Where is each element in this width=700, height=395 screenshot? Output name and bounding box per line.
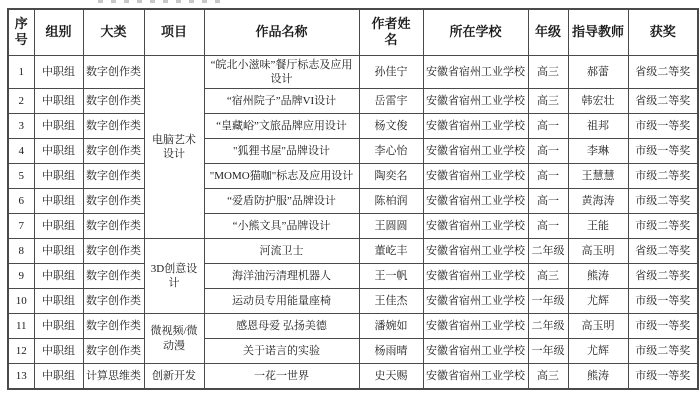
table-row: 3 中职组 数字创作类 “皇藏峪”文旅品牌应用设计 杨文俊 安徽省宿州工业学校 … — [8, 114, 698, 139]
awards-table: 序号 组别 大类 项目 作品名称 作者姓名 所在学校 年级 指导教师 获奖 1 … — [7, 8, 699, 390]
cell-award: 市级一等奖 — [628, 364, 698, 389]
cell-author: 孙佳宁 — [359, 55, 423, 89]
cell-work-title: 感恩母爱 弘扬美德 — [204, 314, 359, 339]
cell-work-title: 一花一世界 — [204, 364, 359, 389]
header-row: 序号 组别 大类 项目 作品名称 作者姓名 所在学校 年级 指导教师 获奖 — [8, 9, 698, 55]
cell-group: 中职组 — [34, 139, 83, 164]
cell-author: 王佳杰 — [359, 289, 423, 314]
cell-work-title: “小熊文具”品牌设计 — [204, 214, 359, 239]
cell-category: 数字创作类 — [83, 239, 144, 264]
cell-teacher: 祖邦 — [568, 114, 628, 139]
cell-award: 市级一等奖 — [628, 289, 698, 314]
cell-grade: 高一 — [528, 214, 568, 239]
cell-school: 安徽省宿州工业学校 — [423, 55, 528, 89]
cell-work-title: 关于诺言的实验 — [204, 339, 359, 364]
table-row: 13 中职组 计算思维类 创新开发 一花一世界 史天赐 安徽省宿州工业学校 高三… — [8, 364, 698, 389]
table-row: 11 中职组 数字创作类 微视频/微动漫 感恩母爱 弘扬美德 潘婉如 安徽省宿州… — [8, 314, 698, 339]
cell-category: 数字创作类 — [83, 264, 144, 289]
cell-serial: 1 — [8, 55, 34, 89]
cell-teacher: 韩宏壮 — [568, 89, 628, 114]
cell-school: 安徽省宿州工业学校 — [423, 189, 528, 214]
header-serial: 序号 — [8, 9, 34, 55]
header-group: 组别 — [34, 9, 83, 55]
cell-serial: 11 — [8, 314, 34, 339]
table-row: 4 中职组 数字创作类 "狐狸书屋"品牌设计 李心怡 安徽省宿州工业学校 高一 … — [8, 139, 698, 164]
cell-teacher: 尤辉 — [568, 289, 628, 314]
cell-author: 潘婉如 — [359, 314, 423, 339]
cell-group: 中职组 — [34, 189, 83, 214]
cell-award: 市级二等奖 — [628, 214, 698, 239]
header-award: 获奖 — [628, 9, 698, 55]
cell-category: 计算思维类 — [83, 364, 144, 389]
cell-grade: 二年级 — [528, 314, 568, 339]
cell-work-title: "MOMO猫咖"标志及应用设计 — [204, 164, 359, 189]
table-row: 5 中职组 数字创作类 "MOMO猫咖"标志及应用设计 陶奕名 安徽省宿州工业学… — [8, 164, 698, 189]
cell-grade: 高三 — [528, 89, 568, 114]
header-category: 大类 — [83, 9, 144, 55]
cell-author: 李心怡 — [359, 139, 423, 164]
cell-project: 3D创意设计 — [144, 239, 204, 314]
cell-school: 安徽省宿州工业学校 — [423, 89, 528, 114]
cell-teacher: 高玉明 — [568, 314, 628, 339]
cell-serial: 4 — [8, 139, 34, 164]
cell-teacher: 熊涛 — [568, 264, 628, 289]
cell-serial: 3 — [8, 114, 34, 139]
cell-author: 杨雨晴 — [359, 339, 423, 364]
cell-school: 安徽省宿州工业学校 — [423, 364, 528, 389]
cell-grade: 一年级 — [528, 289, 568, 314]
cell-project: 创新开发 — [144, 364, 204, 389]
cell-school: 安徽省宿州工业学校 — [423, 114, 528, 139]
cell-work-title: 海洋油污清理机器人 — [204, 264, 359, 289]
cell-grade: 高三 — [528, 264, 568, 289]
cell-serial: 10 — [8, 289, 34, 314]
cell-work-title: 河流卫士 — [204, 239, 359, 264]
cell-serial: 2 — [8, 89, 34, 114]
cell-category: 数字创作类 — [83, 314, 144, 339]
cell-serial: 6 — [8, 189, 34, 214]
cell-grade: 高一 — [528, 189, 568, 214]
cell-school: 安徽省宿州工业学校 — [423, 314, 528, 339]
cell-school: 安徽省宿州工业学校 — [423, 289, 528, 314]
cell-award: 市级二等奖 — [628, 189, 698, 214]
cell-category: 数字创作类 — [83, 55, 144, 89]
cell-grade: 高三 — [528, 364, 568, 389]
cell-group: 中职组 — [34, 164, 83, 189]
cell-school: 安徽省宿州工业学校 — [423, 264, 528, 289]
cell-serial: 12 — [8, 339, 34, 364]
cell-group: 中职组 — [34, 114, 83, 139]
cell-group: 中职组 — [34, 55, 83, 89]
table-row: 12 中职组 数字创作类 关于诺言的实验 杨雨晴 安徽省宿州工业学校 一年级 尤… — [8, 339, 698, 364]
cell-category: 数字创作类 — [83, 139, 144, 164]
table-row: 10 中职组 数字创作类 运动员专用能量座椅 王佳杰 安徽省宿州工业学校 一年级… — [8, 289, 698, 314]
cell-award: 市级一等奖 — [628, 314, 698, 339]
header-work-title: 作品名称 — [204, 9, 359, 55]
cell-author: 杨文俊 — [359, 114, 423, 139]
cell-school: 安徽省宿州工业学校 — [423, 239, 528, 264]
cell-work-title: “宿州院子”品牌VI设计 — [204, 89, 359, 114]
header-teacher: 指导教师 — [568, 9, 628, 55]
cell-work-title: “爱盾防护服”品牌设计 — [204, 189, 359, 214]
table-row: 7 中职组 数字创作类 “小熊文具”品牌设计 王圆圆 安徽省宿州工业学校 高一 … — [8, 214, 698, 239]
cell-award: 省级二等奖 — [628, 89, 698, 114]
cell-award: 省级二等奖 — [628, 239, 698, 264]
cell-school: 安徽省宿州工业学校 — [423, 139, 528, 164]
cell-grade: 高一 — [528, 164, 568, 189]
cell-teacher: 高玉明 — [568, 239, 628, 264]
cell-group: 中职组 — [34, 289, 83, 314]
cell-work-title: “皇藏峪”文旅品牌应用设计 — [204, 114, 359, 139]
cell-award: 省级二等奖 — [628, 264, 698, 289]
cell-serial: 7 — [8, 214, 34, 239]
cell-serial: 5 — [8, 164, 34, 189]
cell-project: 微视频/微动漫 — [144, 314, 204, 364]
cell-category: 数字创作类 — [83, 164, 144, 189]
cell-group: 中职组 — [34, 214, 83, 239]
cell-teacher: 黄海涛 — [568, 189, 628, 214]
cell-author: 岳雷宇 — [359, 89, 423, 114]
cell-group: 中职组 — [34, 364, 83, 389]
cell-project: 电脑艺术设计 — [144, 55, 204, 239]
cell-grade: 一年级 — [528, 339, 568, 364]
cell-author: 史天赐 — [359, 364, 423, 389]
cell-school: 安徽省宿州工业学校 — [423, 164, 528, 189]
cell-author: 董屹丰 — [359, 239, 423, 264]
cell-category: 数字创作类 — [83, 214, 144, 239]
cell-award: 市级二等奖 — [628, 164, 698, 189]
cell-teacher: 王慧慧 — [568, 164, 628, 189]
cell-grade: 高一 — [528, 114, 568, 139]
cell-work-title: “皖北小滋味”餐厅标志及应用设计 — [204, 55, 359, 89]
cropped-text-remnant — [98, 0, 224, 3]
cell-author: 王一帆 — [359, 264, 423, 289]
cell-award: 省级二等奖 — [628, 55, 698, 89]
cell-category: 数字创作类 — [83, 289, 144, 314]
table-row: 1 中职组 数字创作类 电脑艺术设计 “皖北小滋味”餐厅标志及应用设计 孙佳宁 … — [8, 55, 698, 89]
cell-author: 陶奕名 — [359, 164, 423, 189]
cell-school: 安徽省宿州工业学校 — [423, 339, 528, 364]
cell-teacher: 尤辉 — [568, 339, 628, 364]
table-row: 6 中职组 数字创作类 “爱盾防护服”品牌设计 陈柏润 安徽省宿州工业学校 高一… — [8, 189, 698, 214]
cell-teacher: 李琳 — [568, 139, 628, 164]
cell-serial: 13 — [8, 364, 34, 389]
cell-work-title: "狐狸书屋"品牌设计 — [204, 139, 359, 164]
cell-group: 中职组 — [34, 264, 83, 289]
cell-award: 市级二等奖 — [628, 339, 698, 364]
header-author: 作者姓名 — [359, 9, 423, 55]
cell-school: 安徽省宿州工业学校 — [423, 214, 528, 239]
table-row: 9 中职组 数字创作类 海洋油污清理机器人 王一帆 安徽省宿州工业学校 高三 熊… — [8, 264, 698, 289]
cell-category: 数字创作类 — [83, 114, 144, 139]
cell-award: 市级一等奖 — [628, 114, 698, 139]
cell-group: 中职组 — [34, 339, 83, 364]
cell-grade: 高一 — [528, 139, 568, 164]
header-school: 所在学校 — [423, 9, 528, 55]
cell-grade: 高三 — [528, 55, 568, 89]
cell-category: 数字创作类 — [83, 339, 144, 364]
cell-group: 中职组 — [34, 314, 83, 339]
cell-serial: 8 — [8, 239, 34, 264]
table-row: 2 中职组 数字创作类 “宿州院子”品牌VI设计 岳雷宇 安徽省宿州工业学校 高… — [8, 89, 698, 114]
table-row: 8 中职组 数字创作类 3D创意设计 河流卫士 董屹丰 安徽省宿州工业学校 二年… — [8, 239, 698, 264]
cell-award: 市级一等奖 — [628, 139, 698, 164]
cell-author: 王圆圆 — [359, 214, 423, 239]
cell-group: 中职组 — [34, 89, 83, 114]
cell-category: 数字创作类 — [83, 89, 144, 114]
cell-author: 陈柏润 — [359, 189, 423, 214]
cell-grade: 二年级 — [528, 239, 568, 264]
cell-teacher: 郝蕾 — [568, 55, 628, 89]
cell-group: 中职组 — [34, 239, 83, 264]
cell-teacher: 熊涛 — [568, 364, 628, 389]
header-grade: 年级 — [528, 9, 568, 55]
cell-serial: 9 — [8, 264, 34, 289]
header-project: 项目 — [144, 9, 204, 55]
cell-teacher: 王能 — [568, 214, 628, 239]
cell-work-title: 运动员专用能量座椅 — [204, 289, 359, 314]
cell-category: 数字创作类 — [83, 189, 144, 214]
